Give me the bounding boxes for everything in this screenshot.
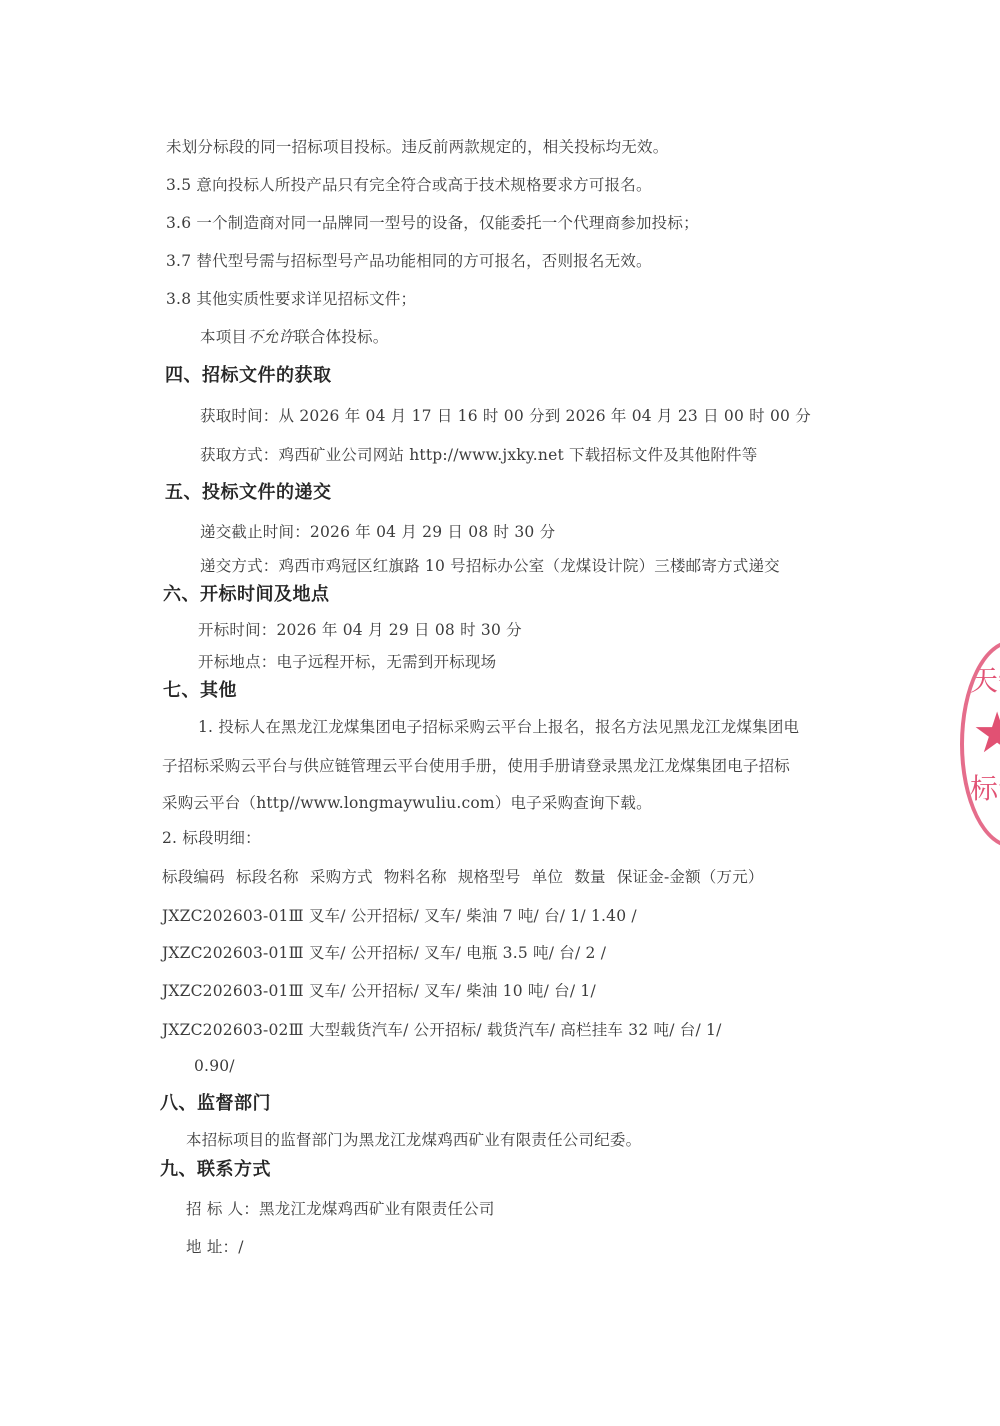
clause-3-7: 3.7 替代型号需与招标型号产品功能相同的方可报名，否则报名无效。 [166,251,652,271]
section-7-heading: 七、其他 [163,680,237,702]
header-lot-code: 标段编码 [162,868,225,886]
header-unit: 单位 [532,868,563,886]
clause-3-6: 3.6 一个制造商对同一品牌同一型号的设备，仅能委托一个代理商参加投标； [166,213,699,233]
header-specification: 规格型号 [458,868,521,886]
consortium-prefix: 本项目 [200,328,247,346]
stamp-bottom-text: 标专 [970,774,1000,804]
opening-time: 开标时间：2026 年 04 月 29 日 08 时 30 分 [198,620,522,640]
consortium-note: 本项目不允许联合体投标。 [200,327,388,347]
supervision-text: 本招标项目的监督部门为黑龙江龙煤鸡西矿业有限责任公司纪委。 [186,1130,641,1150]
section-8-heading: 八、监督部门 [160,1093,271,1115]
other-para-1-line-2: 子招标采购云平台与供应链管理云平台使用手册，使用手册请登录黑龙江龙煤集团电子招标 [162,756,790,776]
other-para-1-line-1: 1. 投标人在黑龙江龙煤集团电子招标采购云平台上报名，报名方法见黑龙江龙煤集团电 [198,717,799,737]
header-quantity: 数量 [574,868,605,886]
official-seal-stamp: 天钅 ★ 标专 [960,640,1000,848]
acquisition-time: 获取时间：从 2026 年 04 月 17 日 16 时 00 分到 2026 … [200,406,811,426]
address-line: 地 址：/ [186,1237,244,1257]
header-lot-name: 标段名称 [236,868,299,886]
section-4-heading: 四、招标文件的获取 [165,365,332,387]
clause-3-5: 3.5 意向投标人所投产品只有完全符合或高于技术规格要求方可报名。 [166,175,652,195]
lot-table-row: JXZC202603-01Ⅲ 叉车/ 公开招标/ 叉车/ 柴油 7 吨/ 台/ … [162,906,637,926]
clause-3-8: 3.8 其他实质性要求详见招标文件； [166,289,416,309]
header-material-name: 物料名称 [384,868,447,886]
tenderer-line: 招 标 人：黑龙江龙煤鸡西矿业有限责任公司 [186,1199,495,1219]
header-procurement-method: 采购方式 [310,868,373,886]
section-9-heading: 九、联系方式 [160,1159,271,1181]
consortium-suffix: 联合体投标。 [294,328,388,346]
section-6-heading: 六、开标时间及地点 [163,584,330,606]
consortium-italic: 不允许 [247,328,294,346]
section-5-heading: 五、投标文件的递交 [165,482,332,504]
header-deposit: 保证金-金额（万元） [617,868,764,886]
other-para-2: 2. 标段明细： [162,828,261,848]
star-icon: ★ [972,706,1000,762]
stamp-top-text: 天钅 [970,666,1000,696]
paragraph-line: 未划分标段的同一招标项目投标。违反前两款规定的，相关投标均无效。 [166,137,668,157]
lot-table-header: 标段编码 标段名称 采购方式 物料名称 规格型号 单位 数量 保证金-金额（万元… [162,867,770,887]
lot-table-row: JXZC202603-01Ⅲ 叉车/ 公开招标/ 叉车/ 电瓶 3.5 吨/ 台… [162,943,606,963]
opening-place: 开标地点：电子远程开标，无需到开标现场 [198,652,496,672]
acquisition-method: 获取方式：鸡西矿业公司网站 http://www.jxky.net 下载招标文件… [200,445,757,465]
submission-method: 递交方式：鸡西市鸡冠区红旗路 10 号招标办公室（龙煤设计院）三楼邮寄方式递交 [200,556,780,576]
lot-table-row: JXZC202603-02Ⅲ 大型载货汽车/ 公开招标/ 载货汽车/ 高栏挂车 … [162,1020,722,1040]
submission-deadline: 递交截止时间：2026 年 04 月 29 日 08 时 30 分 [200,522,555,542]
lot-table-row-continuation: 0.90/ [194,1056,235,1076]
other-para-1-line-3: 采购云平台（http//www.longmaywuliu.com）电子采购查询下… [162,793,652,813]
lot-table-row: JXZC202603-01Ⅲ 叉车/ 公开招标/ 叉车/ 柴油 10 吨/ 台/… [162,981,596,1001]
